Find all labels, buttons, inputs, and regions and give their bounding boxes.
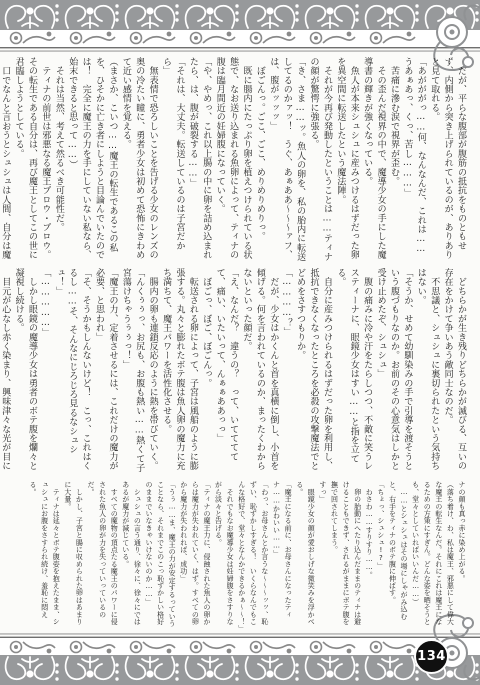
- paragraph: 目元が心なし赤く染まり、興味津々な光が目に宿っている。シュシュの無遠慮な視線に、…: [0, 268, 11, 476]
- paragraph: 無表情で恐ろしいことを告げる少女のレンズの奥の冷たい瞳に、勇者少女は初めて恐怖に…: [118, 57, 158, 263]
- paragraph: すっ」: [316, 481, 328, 632]
- page-number: 134: [417, 649, 446, 664]
- page-number-badge: 134: [414, 639, 449, 674]
- paragraph: 不思議と、シュシュに裏切られたという気持ちはない。: [413, 268, 440, 476]
- paragraph: 卵の胎動にへたり込んだままのティナは避けることもできず、されるがままにボテ腹を撫…: [328, 481, 363, 632]
- paragraph: 「え、なんだ？ 違うの？ って、いててててて、痛い、いたいって、んぁぁああっっ」: [212, 268, 239, 476]
- paragraph: 自分に産みつけられるはずだった卵を利用し、抵抗できなくなったところを必殺の攻撃魔…: [293, 268, 333, 476]
- paragraph: 「魔王の力、定着させるには、これだけの魔力が必要、と思われ」: [92, 268, 119, 476]
- paragraph: 「そ、そうかもしんないけど！ こっ、これはくるし……そ、そんなにじろじろ見るなシ…: [51, 268, 91, 476]
- paragraph: 「わっ、お母さんとか言うな～～～ッッ、恥ずい、恥ずかしすぎる！ いくらなんでもこ…: [235, 481, 270, 632]
- paragraph: しかし、子宮と腸に収められた卵はあまりに大量。: [61, 481, 84, 632]
- paragraph: ぼごっ、ぼご、ぼごんっ。: [199, 268, 212, 476]
- paragraph: 「あがががっ……何、なんなんだ、これは……うあぁあっ、くっ、苦し………」: [400, 57, 427, 263]
- paragraph: （まさか、こいつ……魔王の転生であるこの私を、ひそかに亡き者にしようと目論んでい…: [65, 57, 119, 263]
- paragraph: だが、平らな腹部が腹筋の抵抗をものともせず、内側から突き上げられているのが、あり…: [427, 57, 467, 263]
- top-text-band: だが、平らな腹部が腹筋の抵抗をものともせず、内側から突き上げられているのが、あり…: [12, 57, 467, 263]
- paragraph: 腸内の卵も連鎖反応のように熱を帯びていく。: [145, 268, 158, 476]
- paragraph: （落ち着け、わ、私は魔王、邪悪にして偉大な魔王の転生なんだ。それにこれは魔王にな…: [409, 481, 455, 632]
- paragraph: 「ちょっ、シュシュ!?」: [374, 481, 386, 632]
- paragraph: 既に腸内にたっぷり卵を植えつけられている状態で、なお送り込まれる魚卵によって、テ…: [212, 57, 252, 263]
- bottom-text-band: ナの顔も真っ赤に染め上がる。（落ち着け、わ、私は魔王、邪悪にして偉大な魔王の転生…: [12, 481, 467, 632]
- paragraph: 「うぅ……ま、魔王の力が安定するっていうことなら、それまでこのこっ恥ずかしい格好…: [142, 481, 177, 632]
- paragraph: 口でなんと言おうとシュシュは人間、自分は魔王。: [0, 57, 11, 263]
- paragraph: ティナは延々とボテ腹姿を抱えたまま、シュシュにお腹をさすられ続け、羞恥に悶える。: [26, 481, 61, 632]
- paragraph: ティナの前世は邪悪なる魔王ブロウ・ブロウ。その転生である自分は、再び魔王としてこ…: [11, 57, 51, 263]
- paragraph: 「や、やめっ、これ以上腸の中に卵を詰め込まれたら、は、腹が破裂する……」: [185, 57, 212, 263]
- paragraph: それは当然、考えて然るべき可能性だ。: [51, 57, 64, 263]
- paragraph: 腹の痛みに冷や汗をたらしつつ、不敵に笑うレスティーナに、眼鏡少女はすい……と指を…: [333, 268, 373, 476]
- paragraph: ナの顔も真っ赤に染め上がる。: [455, 481, 467, 632]
- paragraph: 苦痛に滲む涙で視界が歪む。: [387, 57, 400, 263]
- paragraph: だが、少女はかくんと首を真横に倒し、小首を傾げる。何を言われているのか、まったく…: [239, 268, 279, 476]
- paragraph: すべての魔物の頂点たる魔王のパワーに侵された魚人の卵が力を失っていっているのだ。: [84, 481, 119, 632]
- paragraph: それが今再び発動したということは……ティナの顔が驚愕に強張る。: [306, 57, 333, 263]
- paragraph: どちらかが生き残りどちらかが滅びる、互いの存在をかけて争いあう敵同士なのだ。: [440, 268, 467, 476]
- paragraph: 眼鏡少女の顔が愛おしげな微笑みを浮かべる。: [293, 481, 316, 632]
- paragraph: ……とシュシュはその場にしゃがみ込むと、右手をティナのボテ腹に伸ばす。: [386, 481, 409, 632]
- middle-text-band: どちらかが生き残りどちらかが滅びる、互いの存在をかけて争いあう敵同士なのだ。 不…: [12, 268, 467, 476]
- paragraph: その歪んだ視界の中で、魔導少女の手にした魔導書の輝きが強くなっている。: [360, 57, 387, 263]
- paragraph: それでもなお魔導少女は妊婦腹をさすりながら淡々と告げる。: [212, 481, 235, 632]
- paragraph: ぼごんっ。ごこ、ごこ、めりめりめりっ。: [253, 57, 266, 263]
- paragraph: 「……………」: [38, 268, 51, 476]
- paragraph: 転送される卵によって、子宮は風船のように膨張する。丸々と膨れたボテ腹は魚人卵の魔…: [159, 268, 199, 476]
- paragraph: しかし眼鏡の魔導少女は勇者のボテ腹を爛々と凝視し続ける。: [11, 268, 38, 476]
- paragraph: 「んくぅぅっ、お尻も、お腹も熱い……熱くて子宮蕩けちゃうぅぅっ！」: [118, 268, 145, 476]
- paragraph: 魚人が本来シュシュに産みつけるはずだった卵を異空間に転送したという魔法陣。: [333, 57, 360, 263]
- paragraph: 「魔王になる前に、お母さんになったティナ……かわいい……」: [270, 481, 293, 632]
- paragraph: 「き、さま……ッ。魚人の卵を、私の胎内に転送してるのかァッ！ うぐ、あぁああ～～…: [266, 57, 306, 263]
- paragraph: シュシュの言う通り、徐々に、徐々にではあるが魔力が減じている。: [119, 481, 142, 632]
- paragraph: 「そうか、せめて幼馴染みの手で引導を渡そうという腹づもりなのか。お前のその心意気…: [373, 268, 413, 476]
- paragraph: わさわ……すりすり……。: [363, 481, 375, 632]
- book-page: だが、平らな腹部が腹筋の抵抗をものともせず、内側から突き上げられているのが、あり…: [0, 0, 480, 685]
- paragraph: 「それは、大丈夫。転送しているのは子宮だから」: [159, 57, 186, 263]
- paragraph: 「ティナの魔王力に、侵蝕された魚人の卵からは魔力が失われていく、はず。すべての卵…: [177, 481, 212, 632]
- paragraph: 「…………？」: [279, 268, 292, 476]
